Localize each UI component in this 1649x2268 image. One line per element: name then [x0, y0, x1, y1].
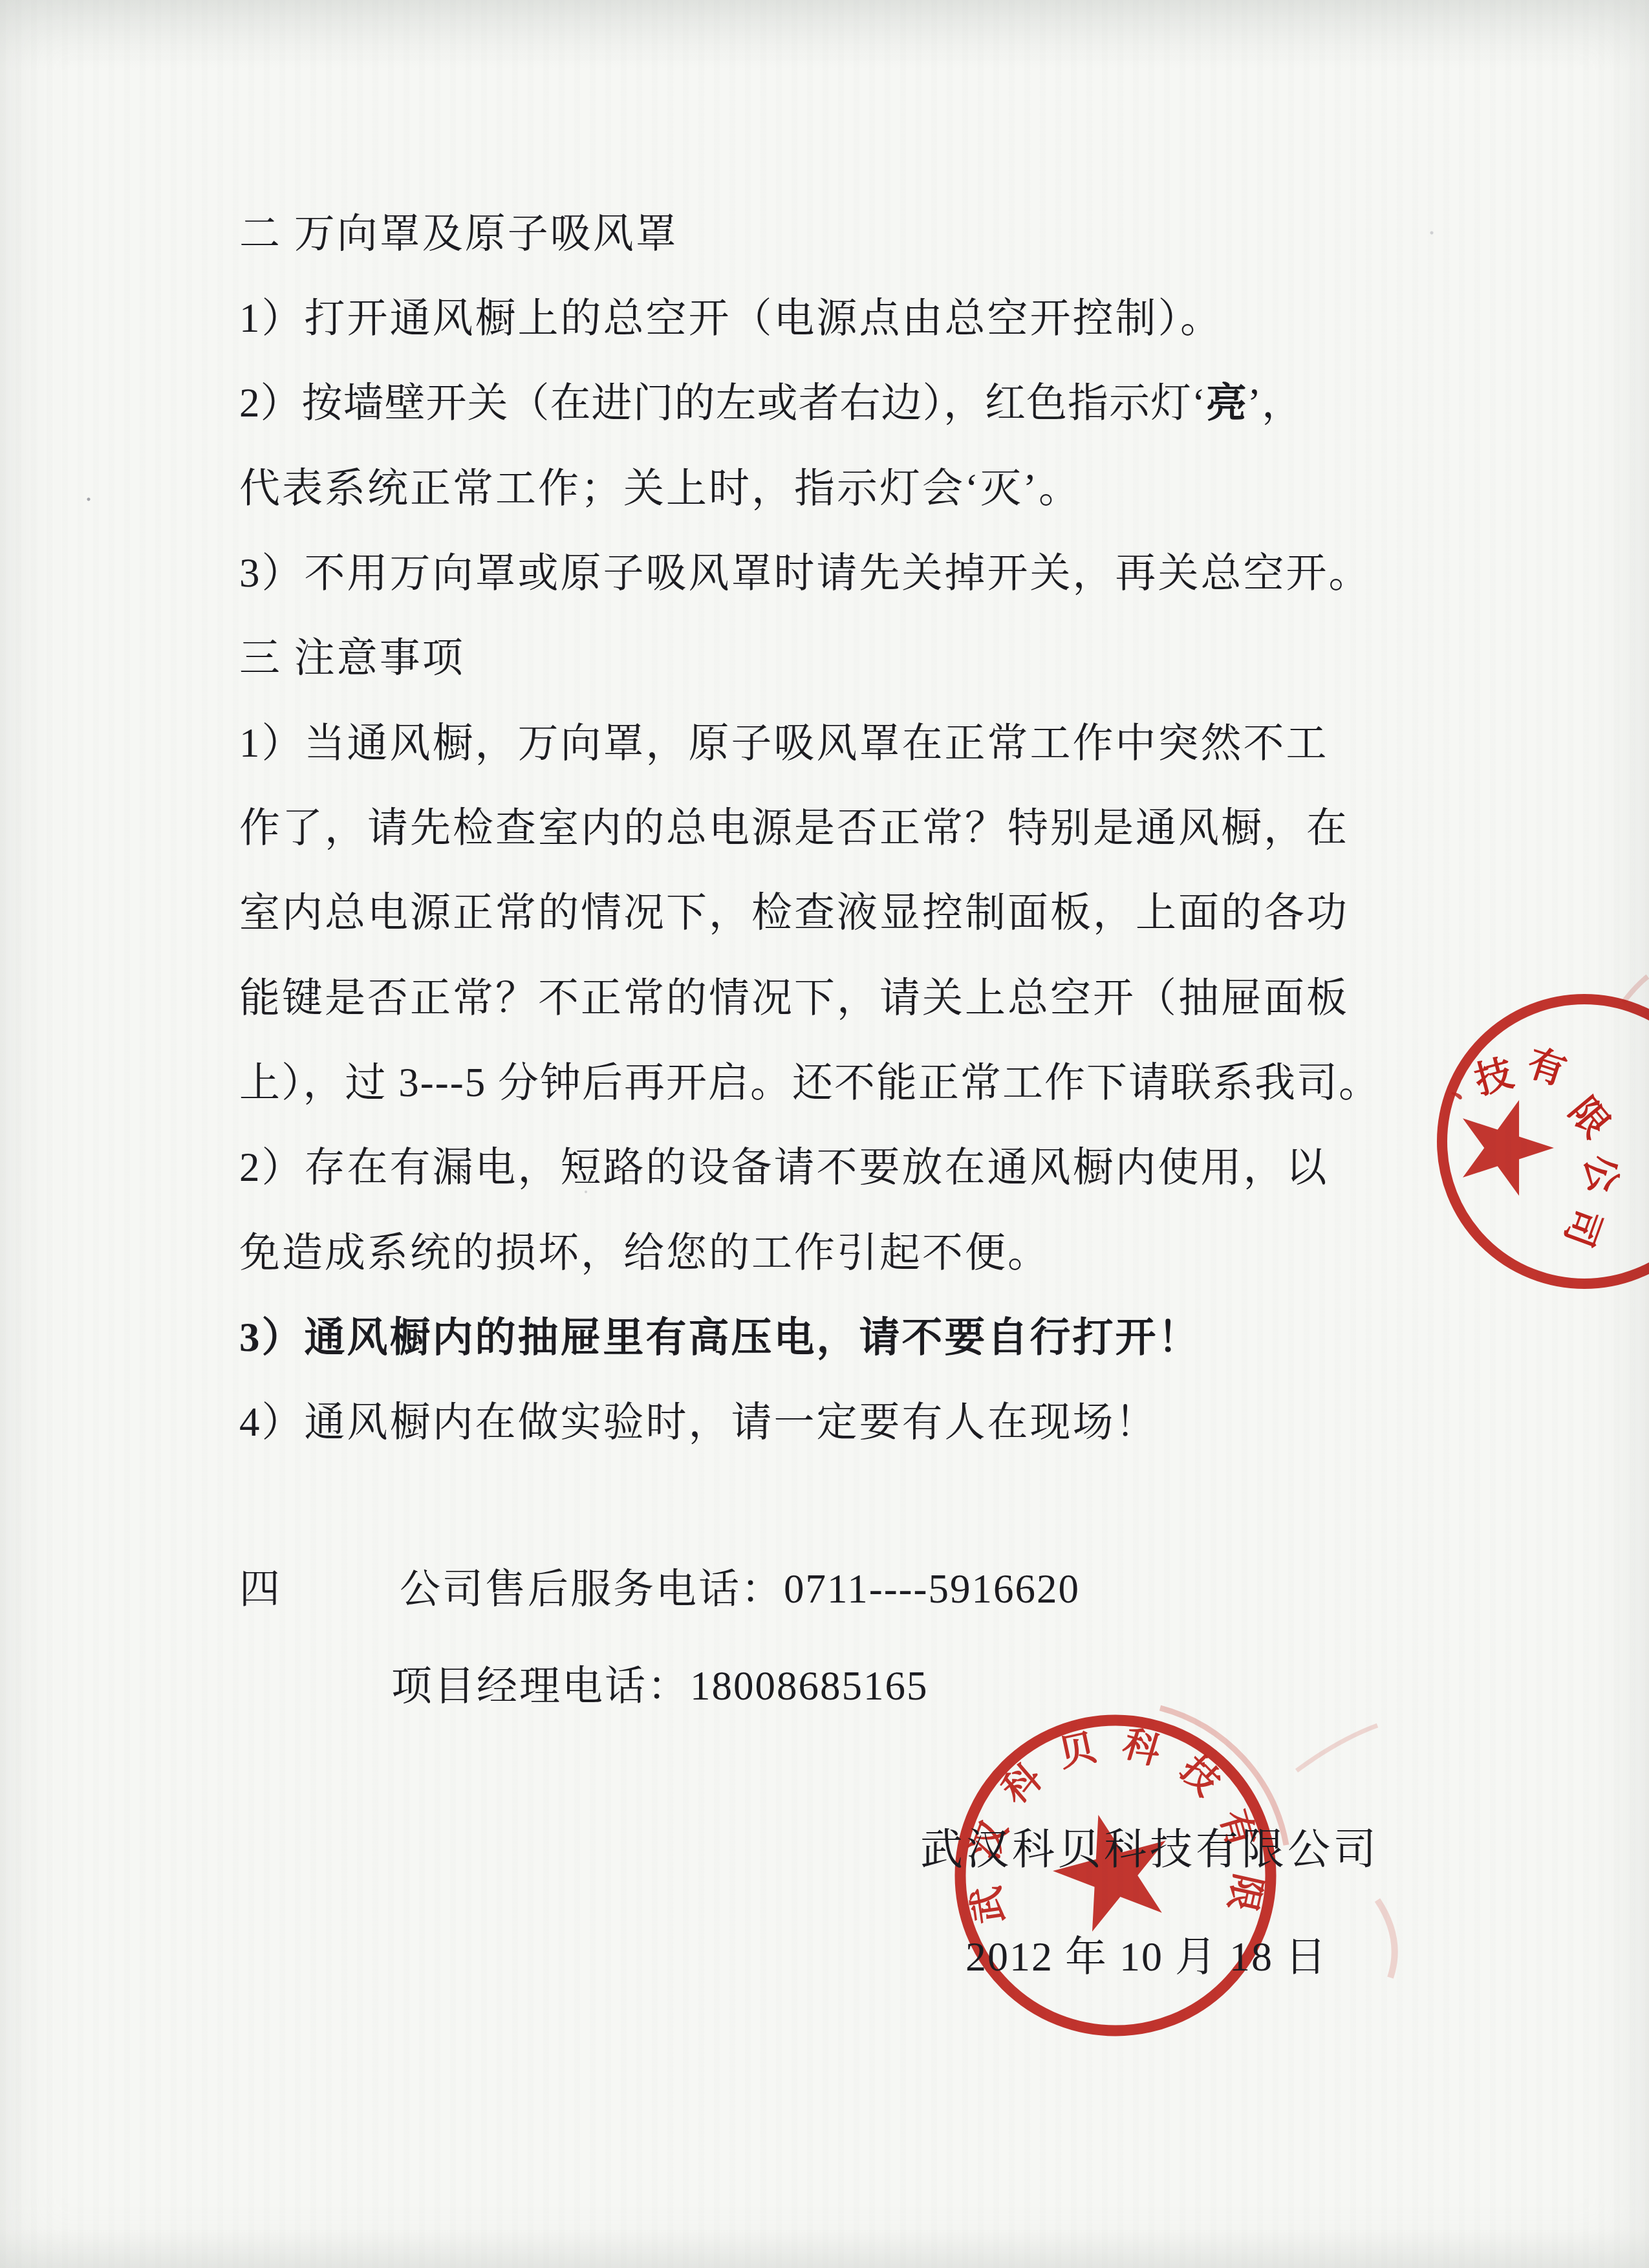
seal-smudge-top	[1297, 1725, 1377, 1771]
body-line-2-post: ’，	[1247, 380, 1303, 426]
partial-seal-char: 公	[1577, 1152, 1624, 1196]
manager-phone-label: 项目经理电话：	[391, 1663, 690, 1709]
partial-seal-char: 司	[1557, 1202, 1609, 1252]
body-line-12: 免造成系统的损坏，给您的工作引起不便。	[239, 1230, 1050, 1275]
seal-smudge-right	[1377, 1900, 1395, 1978]
section-heading-2: 二 万向罩及原子吸风罩	[239, 211, 678, 256]
body-line-9: 能键是否正常？不正常的情况下，请关上总空开（抽屉面板	[239, 975, 1349, 1021]
body-line-11: 2）存在有漏电，短路的设备请不要放在通风橱内使用，以	[239, 1145, 1329, 1190]
section-heading-4: 四	[239, 1566, 282, 1612]
partial-seal-stamp: 技 有 限 公 司 、	[1410, 951, 1649, 1365]
body-line-3: 代表系统正常工作；关上时，指示灯会‘灭’。	[239, 466, 1081, 511]
partial-seal-ghost-arc	[1623, 977, 1648, 1002]
body-line-2-bold: 亮	[1206, 380, 1247, 426]
signature-company-name: 武汉科贝科技有限公司	[920, 1815, 1379, 1876]
body-line-1: 1）打开通风橱上的总空开（电源点由总空开控制）。	[239, 296, 1223, 341]
body-line-8: 室内总电源正常的情况下，检查液显控制面板，上面的各功	[239, 890, 1349, 935]
partial-seal-char: 限	[1561, 1090, 1617, 1145]
manager-phone-line: 项目经理电话：18008685165	[391, 1663, 929, 1709]
body-line-10: 上），过 3---5 分钟后再开启。还不能正常工作下请联系我司。	[239, 1060, 1381, 1105]
body-line-6: 1）当通风橱，万向罩，原子吸风罩在正常工作中突然不工	[239, 720, 1329, 766]
scanned-page: 二 万向罩及原子吸风罩 1）打开通风橱上的总空开（电源点由总空开控制）。 2）按…	[0, 0, 1649, 2268]
section-heading-3: 三 注意事项	[239, 635, 465, 680]
body-line-14: 4）通风橱内在做实验时，请一定要有人在现场！	[239, 1399, 1158, 1445]
manager-phone-number: 18008685165	[690, 1663, 929, 1709]
body-line-13-warning: 3）通风橱内的抽屉里有高压电，请不要自行打开！	[239, 1315, 1201, 1360]
service-phone-number: 0711----5916620	[784, 1566, 1080, 1612]
body-line-4: 3）不用万向罩或原子吸风罩时请先关掉开关，再关总空开。	[239, 550, 1372, 596]
company-seal-stamp: 武汉科贝科技有限公司	[925, 1693, 1455, 2081]
body-line-2: 2）按墙壁开关（在进门的左或者右边），红色指示灯‘亮’，	[239, 380, 1303, 426]
partial-seal-ring	[1442, 999, 1649, 1284]
body-line-2-pre: 2）按墙壁开关（在进门的左或者右边），红色指示灯‘	[239, 380, 1206, 426]
service-phone-line: 公司售后服务电话：0711----5916620	[400, 1566, 1080, 1612]
service-phone-label: 公司售后服务电话：	[400, 1566, 784, 1612]
body-line-7: 作了，请先检查室内的总电源是否正常？特别是通风橱，在	[239, 805, 1349, 850]
signature-date: 2012 年 10 月 18 日	[965, 1923, 1328, 1983]
partial-seal-char: 有	[1522, 1042, 1571, 1094]
